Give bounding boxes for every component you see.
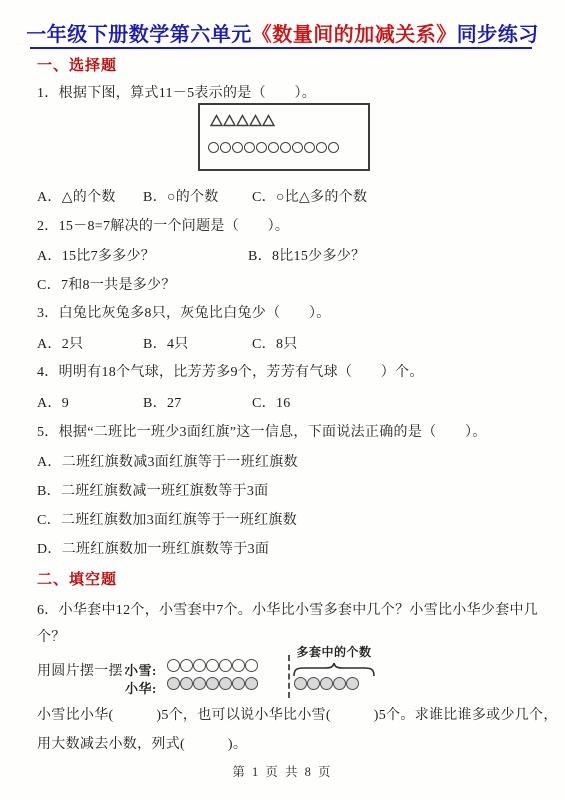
xiaoxue-circles bbox=[167, 659, 258, 675]
question-6-text-line1: 6．小华套中12个，小雪套中7个。小华比小雪多套中几个？小雪比小华少套中几 bbox=[37, 599, 538, 619]
gray-counter-icon bbox=[346, 677, 359, 690]
gray-counter-icon bbox=[245, 677, 258, 690]
circle-icon bbox=[232, 142, 243, 153]
option-a: A．9 bbox=[37, 392, 69, 412]
option-a: A．2只 bbox=[37, 333, 83, 353]
question-6-fill-line2: 用大数减去小数，列式( )。 bbox=[37, 733, 247, 753]
page-footer: 第 1 页 共 8 页 bbox=[0, 762, 565, 780]
circle-icon bbox=[244, 142, 255, 153]
gray-counter-icon bbox=[307, 677, 320, 690]
question-5-option-b: B．二班红旗数减一班红旗数等于3面 bbox=[37, 480, 268, 500]
title-part-1: 一年级下册数学第六单元 bbox=[26, 24, 252, 46]
xiaohua-circles-extra bbox=[294, 677, 359, 693]
title-underline bbox=[30, 47, 532, 49]
triangle-icon bbox=[249, 114, 262, 132]
question-5-option-d: D．二班红旗数加一班红旗数等于3面 bbox=[37, 538, 269, 558]
option-a: A．△的个数 bbox=[37, 186, 116, 206]
circle-icon bbox=[328, 142, 339, 153]
question-6-fill-line1: 小雪比小华( )5个，也可以说小华比小雪( )5个。求谁比谁多或少几个， bbox=[37, 704, 558, 724]
circle-icon bbox=[292, 142, 303, 153]
white-counter-icon bbox=[232, 659, 245, 672]
worksheet-page: 一年级下册数学第六单元《数量间的加减关系》同步练习 一、选择题 1．根据下图，算… bbox=[0, 0, 565, 800]
white-counter-icon bbox=[206, 659, 219, 672]
question-4-text: 4．明明有18个气球，比芳芳多9个，芳芳有气球（ ）个。 bbox=[37, 361, 424, 381]
white-counter-icon bbox=[245, 659, 258, 672]
triangle-icon bbox=[210, 114, 223, 132]
option-b: B．4只 bbox=[143, 333, 189, 353]
gray-counter-icon bbox=[294, 677, 307, 690]
white-counter-icon bbox=[167, 659, 180, 672]
circle-icon bbox=[256, 142, 267, 153]
gray-counter-icon bbox=[219, 677, 232, 690]
option-c: C．7和8一共是多少？ bbox=[37, 274, 176, 294]
gray-counter-icon bbox=[320, 677, 333, 690]
circle-icon bbox=[268, 142, 279, 153]
xiaohua-circles-base bbox=[167, 677, 258, 693]
row-label-xiaoxue: 小雪: bbox=[125, 660, 157, 679]
gray-counter-icon bbox=[180, 677, 193, 690]
triangle-icon bbox=[236, 114, 249, 132]
brace-icon bbox=[292, 663, 376, 676]
title-part-3: 同步练习 bbox=[457, 24, 539, 46]
dashed-separator bbox=[288, 655, 290, 698]
gray-counter-icon bbox=[232, 677, 245, 690]
question-1-figure bbox=[198, 103, 370, 171]
option-c: C．○比△多的个数 bbox=[252, 186, 367, 206]
circle-row bbox=[208, 142, 340, 156]
triangle-icon bbox=[223, 114, 236, 132]
question-6-diagram: 用圆片摆一摆： 小雪: 小华: 多套中的个数 bbox=[37, 643, 537, 705]
diagram-prompt: 用圆片摆一摆： bbox=[37, 660, 137, 680]
option-b: B．27 bbox=[143, 392, 182, 412]
question-5-text: 5．根据“二班比一班少3面红旗”这一信息，下面说法正确的是（ ）。 bbox=[37, 421, 487, 441]
circle-icon bbox=[208, 142, 219, 153]
circle-icon bbox=[316, 142, 327, 153]
question-5-option-a: A．二班红旗数减3面红旗等于一班红旗数 bbox=[37, 451, 298, 471]
brace-label: 多套中的个数 bbox=[288, 643, 380, 660]
gray-counter-icon bbox=[206, 677, 219, 690]
title-part-2: 《数量间的加减关系》 bbox=[252, 24, 457, 46]
gray-counter-icon bbox=[333, 677, 346, 690]
option-b: B．8比15少多少？ bbox=[248, 245, 365, 265]
gray-counter-icon bbox=[193, 677, 206, 690]
triangle-icon bbox=[262, 114, 275, 132]
row-label-xiaohua: 小华: bbox=[125, 678, 157, 697]
option-c: C．16 bbox=[252, 392, 291, 412]
circle-icon bbox=[220, 142, 231, 153]
question-2-text: 2．15－8=7解决的一个问题是（ ）。 bbox=[37, 215, 289, 235]
option-b: B．○的个数 bbox=[143, 186, 219, 206]
option-c: C．8只 bbox=[252, 333, 298, 353]
option-a: A．15比7多多少？ bbox=[37, 245, 155, 265]
white-counter-icon bbox=[219, 659, 232, 672]
section-header-choice: 一、选择题 bbox=[37, 54, 117, 75]
triangle-row bbox=[210, 114, 275, 127]
question-5-option-c: C．二班红旗数加3面红旗等于一班红旗数 bbox=[37, 509, 297, 529]
question-1-text: 1．根据下图，算式11－5表示的是（ ）。 bbox=[37, 82, 316, 102]
white-counter-icon bbox=[193, 659, 206, 672]
white-counter-icon bbox=[180, 659, 193, 672]
section-header-fill-blank: 二、填空题 bbox=[37, 568, 117, 589]
gray-counter-icon bbox=[167, 677, 180, 690]
circle-icon bbox=[304, 142, 315, 153]
question-3-text: 3．白兔比灰兔多8只，灰兔比白兔少（ ）。 bbox=[37, 302, 331, 322]
page-title: 一年级下册数学第六单元《数量间的加减关系》同步练习 bbox=[0, 18, 565, 47]
circle-icon bbox=[280, 142, 291, 153]
